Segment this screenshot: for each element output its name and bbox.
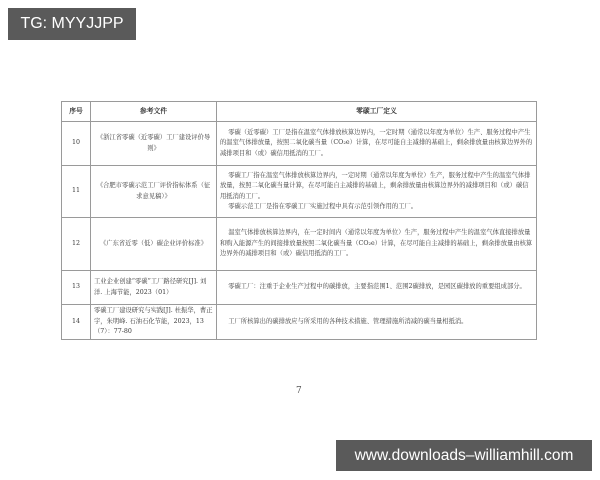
watermark-top-label: TG: MYYJJPP <box>8 8 136 40</box>
header-serial-number: 序号 <box>62 102 91 122</box>
table-row: 13 工业企业创建“零碳”工厂路径研究[J]. 刘洋. 上海节能，2023（01… <box>62 271 537 305</box>
row-number: 14 <box>62 305 91 340</box>
zero-carbon-definition-table: 序号 参考文件 零碳工厂定义 10 《浙江省零碳（近零碳）工厂建设评价导则》 零… <box>61 101 537 340</box>
row-reference: 工业企业创建“零碳”工厂路径研究[J]. 刘洋. 上海节能，2023（01） <box>91 271 217 305</box>
row-reference: 《合肥市零碳示范工厂评价指标体系（征求意见稿）》 <box>91 166 217 218</box>
row-definition: 零碳工厂指在温室气体排放核算边界内，一定时期（通常以年度为单位）生产，服务过程中… <box>217 166 537 218</box>
row-definition: 工厂所核算出的碳排放应与所采用的各种技术措施、管理措施所消减的碳当量相抵消。 <box>217 305 537 340</box>
row-definition: 温室气体排放核算边界内，在一定时间内（通常以年度为单位）生产，服务过程中产生的温… <box>217 218 537 271</box>
row-number: 10 <box>62 122 91 166</box>
row-reference: 《广东省近零（低）碳企业评价标准》 <box>91 218 217 271</box>
row-number: 12 <box>62 218 91 271</box>
table-row: 10 《浙江省零碳（近零碳）工厂建设评价导则》 零碳（近零碳）工厂是指在温室气体… <box>62 122 537 166</box>
row-definition: 零碳工厂：注重于企业生产过程中的碳排放，主要指范围1、范围2碳排放，是园区碳排放… <box>217 271 537 305</box>
page-number: 7 <box>296 386 302 396</box>
table-row: 14 零碳工厂建设研究与实践[J]. 杜振华，曹正宇，朱明峰. 石油石化节能，2… <box>62 305 537 340</box>
row-reference: 《浙江省零碳（近零碳）工厂建设评价导则》 <box>91 122 217 166</box>
row-definition-text: 零碳工厂指在温室气体排放核算边界内，一定时期（通常以年度为单位）生产，服务过程中… <box>220 171 533 203</box>
header-definition: 零碳工厂定义 <box>217 102 537 122</box>
row-definition-text-extra: 零碳示范工厂是指在零碳工厂实施过程中具有示范引领作用的工厂。 <box>220 202 533 213</box>
row-number: 13 <box>62 271 91 305</box>
header-reference-document: 参考文件 <box>91 102 217 122</box>
table-header-row: 序号 参考文件 零碳工厂定义 <box>62 102 537 122</box>
row-reference: 零碳工厂建设研究与实践[J]. 杜振华，曹正宇，朱明峰. 石油石化节能，2023… <box>91 305 217 340</box>
watermark-bottom-label: www.downloads–williamhill.com <box>336 440 592 471</box>
table-row: 12 《广东省近零（低）碳企业评价标准》 温室气体排放核算边界内，在一定时间内（… <box>62 218 537 271</box>
row-definition: 零碳（近零碳）工厂是指在温室气体排放核算边界内，一定时期（通常以年度为单位）生产… <box>217 122 537 166</box>
row-number: 11 <box>62 166 91 218</box>
table-row: 11 《合肥市零碳示范工厂评价指标体系（征求意见稿）》 零碳工厂指在温室气体排放… <box>62 166 537 218</box>
